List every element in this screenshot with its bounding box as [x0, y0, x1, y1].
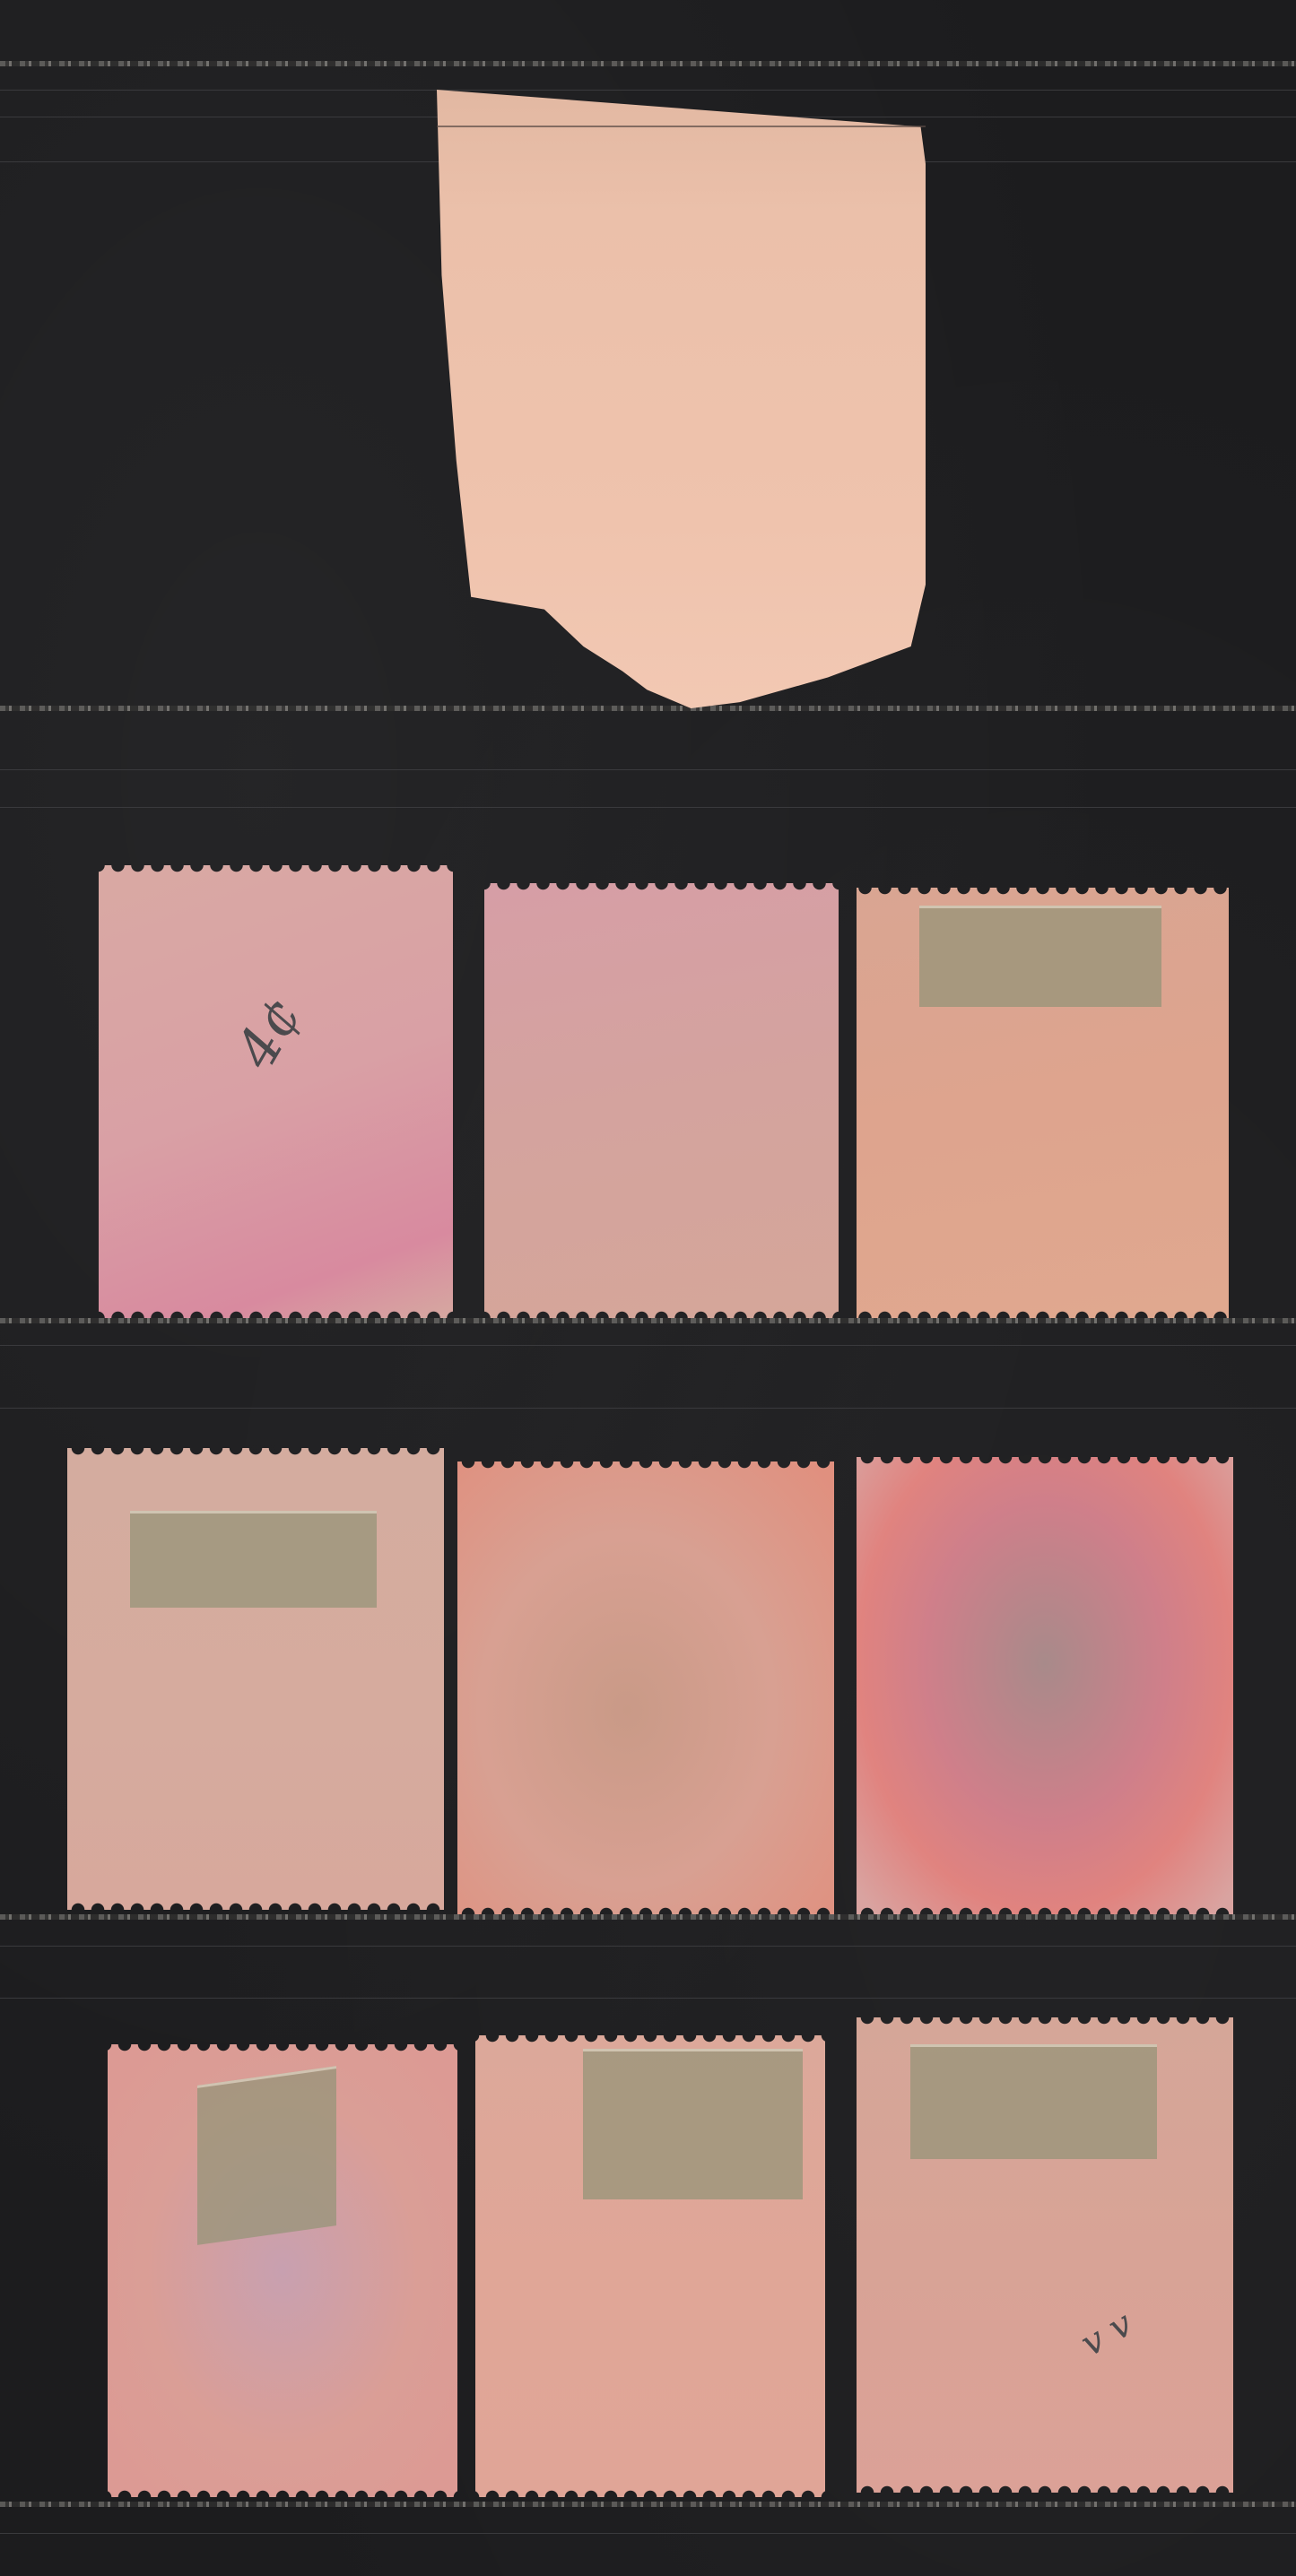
strip-edge	[0, 61, 1296, 66]
strip-line	[0, 769, 1296, 770]
stamp: Stamp 4	[67, 1448, 444, 1910]
strip-line	[0, 1946, 1296, 1947]
strip-edge	[0, 1914, 1296, 1920]
strip-line	[0, 1998, 1296, 1999]
stamp: Stamp 3	[857, 888, 1229, 1318]
strip-edge	[0, 706, 1296, 711]
hinge-remnant	[130, 1511, 377, 1608]
hinge-remnant	[583, 2049, 803, 2199]
stamp: Stamp 6	[857, 1457, 1233, 1914]
stamp: Stamp 8	[475, 2035, 825, 2497]
strip-line	[0, 807, 1296, 808]
stamp: Stamp 7	[108, 2044, 457, 2497]
paper-fragment	[437, 90, 926, 708]
hinge-remnant	[919, 906, 1161, 1007]
stamp: Stamp 2	[484, 883, 839, 1318]
strip-edge	[0, 2502, 1296, 2507]
hinge-remnant	[910, 2044, 1157, 2159]
stamp: v v Stamp 9	[857, 2017, 1233, 2493]
strip-line	[0, 1408, 1296, 1409]
strip-line	[0, 2533, 1296, 2534]
strip-line	[0, 90, 1296, 91]
strip-edge	[0, 1318, 1296, 1323]
strip-line	[0, 1345, 1296, 1346]
stamp: 4¢ Stamp 1	[99, 865, 453, 1318]
stamp: Stamp 5	[457, 1461, 834, 1914]
hinge-remnant	[197, 2066, 336, 2245]
fragment-fold-line	[437, 126, 926, 127]
stock-page: Torn paper fragment 4¢ Stamp 1 Stamp 2 S…	[0, 0, 1296, 2576]
